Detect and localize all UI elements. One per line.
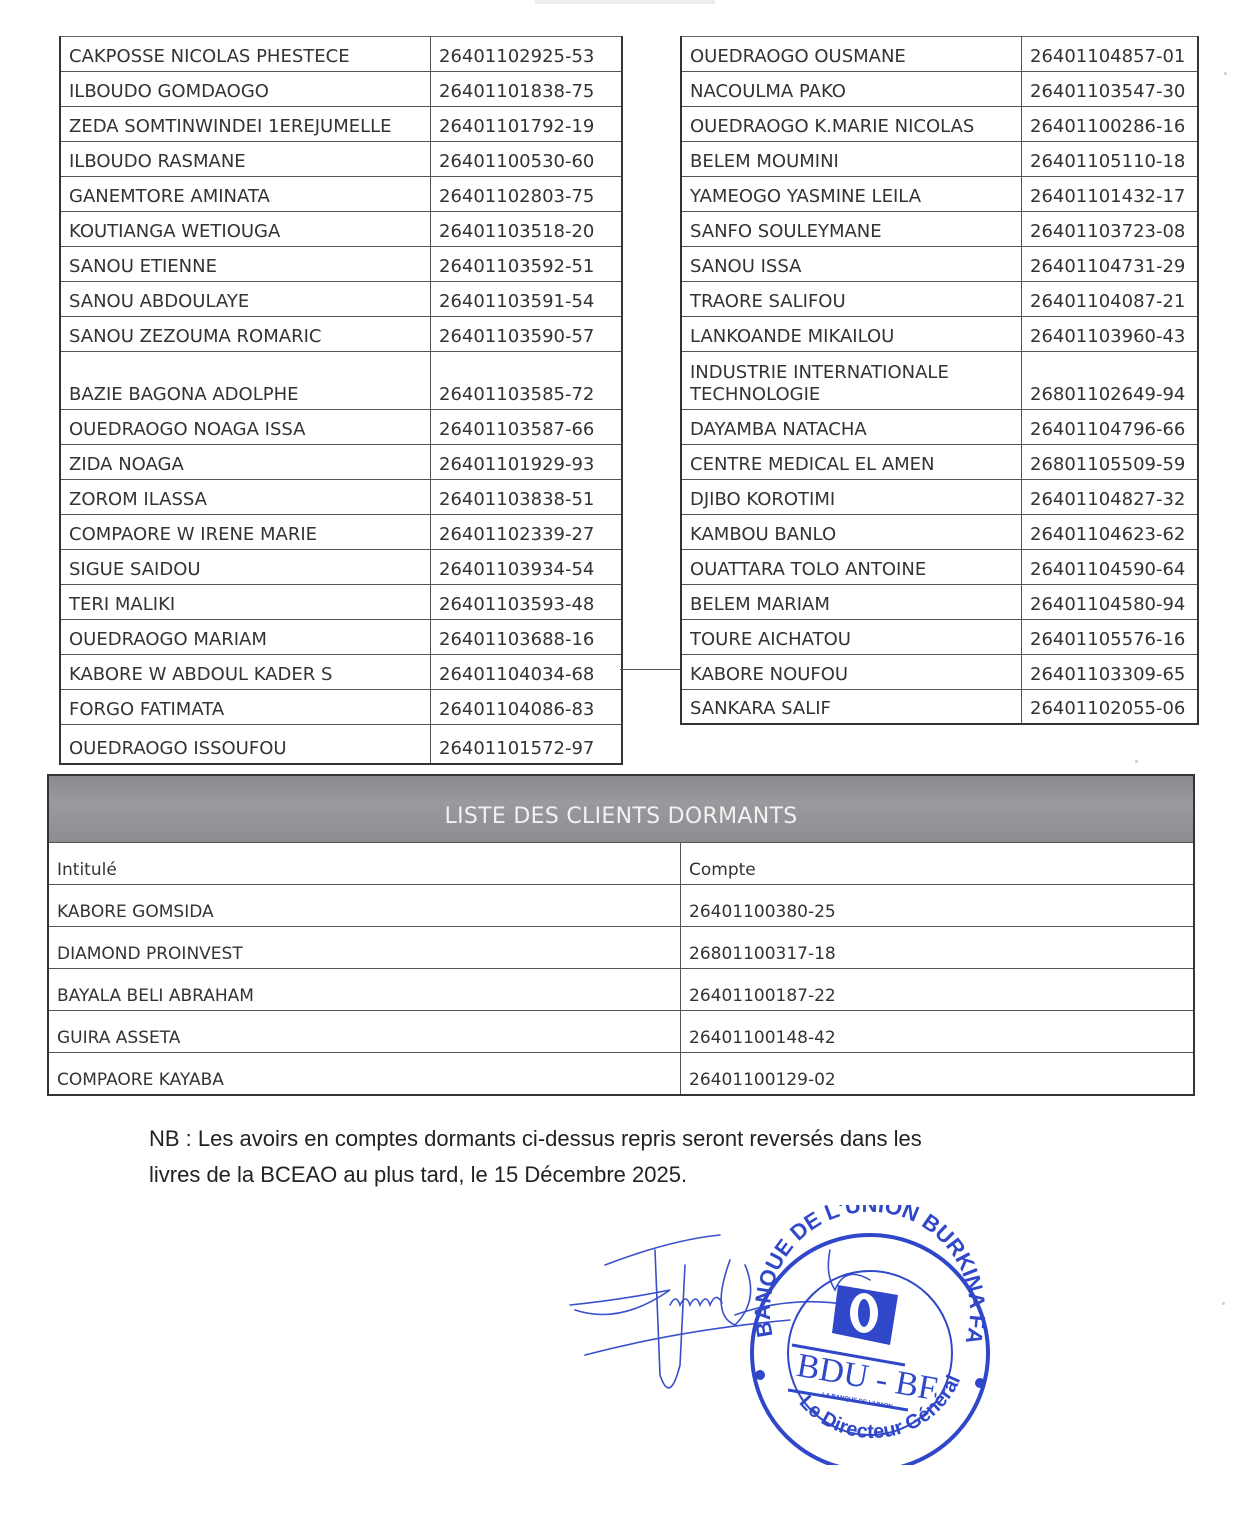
client-name-cell: KOUTIANGA WETIOUGA xyxy=(60,212,431,247)
client-name-cell: NACOULMA PAKO xyxy=(681,72,1022,107)
account-number-cell: 26401100148-42 xyxy=(681,1011,1195,1053)
left-table-body: CAKPOSSE NICOLAS PHESTECE26401102925-53I… xyxy=(60,37,622,765)
table-row: SANKARA SALIF26401102055-06 xyxy=(681,690,1198,725)
account-number-cell: 26401104590-64 xyxy=(1022,550,1199,585)
client-name-cell: BELEM MARIAM xyxy=(681,585,1022,620)
table-row: OUEDRAOGO OUSMANE26401104857-01 xyxy=(681,37,1198,72)
table-row: KAMBOU BANLO26401104623-62 xyxy=(681,515,1198,550)
table-row: KOUTIANGA WETIOUGA26401103518-20 xyxy=(60,212,622,247)
account-number-cell: 26401103960-43 xyxy=(1022,317,1199,352)
right-accounts-table: OUEDRAOGO OUSMANE26401104857-01NACOULMA … xyxy=(680,36,1199,725)
table-row: OUEDRAOGO ISSOUFOU26401101572-97 xyxy=(60,725,622,765)
client-name-cell: SANOU ETIENNE xyxy=(60,247,431,282)
client-name-cell: COMPAORE W IRENE MARIE xyxy=(60,515,431,550)
scan-speck xyxy=(1224,72,1227,75)
account-number-cell: 26401100187-22 xyxy=(681,969,1195,1011)
faint-header-remnant xyxy=(535,0,715,4)
table-row: ZIDA NOAGA26401101929-93 xyxy=(60,445,622,480)
client-name-cell: TOURE AICHATOU xyxy=(681,620,1022,655)
account-number-cell: 26401104796-66 xyxy=(1022,410,1199,445)
table-row: KABORE W ABDOUL KADER S26401104034-68 xyxy=(60,655,622,690)
account-number-cell: 26401103590-57 xyxy=(431,317,623,352)
account-number-cell: 26401104731-29 xyxy=(1022,247,1199,282)
table-row: OUEDRAOGO NOAGA ISSA26401103587-66 xyxy=(60,410,622,445)
account-number-cell: 26401102055-06 xyxy=(1022,690,1199,725)
client-name-cell: YAMEOGO YASMINE LEILA xyxy=(681,177,1022,212)
table-row: FORGO FATIMATA26401104086-83 xyxy=(60,690,622,725)
account-number-cell: 26401102925-53 xyxy=(431,37,623,72)
note-line-1: NB : Les avoirs en comptes dormants ci-d… xyxy=(149,1121,1109,1157)
client-name-cell: KABORE W ABDOUL KADER S xyxy=(60,655,431,690)
table-connector-line xyxy=(620,669,682,670)
table-row: BELEM MARIAM26401104580-94 xyxy=(681,585,1198,620)
account-number-cell: 26401104857-01 xyxy=(1022,37,1199,72)
left-accounts-table: CAKPOSSE NICOLAS PHESTECE26401102925-53I… xyxy=(59,36,623,765)
account-number-cell: 26401102803-75 xyxy=(431,177,623,212)
column-header-intitule: Intitulé xyxy=(48,843,681,885)
client-name-cell: DAYAMBA NATACHA xyxy=(681,410,1022,445)
note-paragraph: NB : Les avoirs en comptes dormants ci-d… xyxy=(149,1121,1109,1193)
table-row: GANEMTORE AMINATA26401102803-75 xyxy=(60,177,622,212)
client-name-cell: LANKOANDE MIKAILOU xyxy=(681,317,1022,352)
client-name-cell: OUATTARA TOLO ANTOINE xyxy=(681,550,1022,585)
account-number-cell: 26401105576-16 xyxy=(1022,620,1199,655)
table-row: DJIBO KOROTIMI26401104827-32 xyxy=(681,480,1198,515)
table-row: ILBOUDO GOMDAOGO26401101838-75 xyxy=(60,72,622,107)
client-name-cell: ZIDA NOAGA xyxy=(60,445,431,480)
table-row: TRAORE SALIFOU26401104087-21 xyxy=(681,282,1198,317)
account-number-cell: 26401103723-08 xyxy=(1022,212,1199,247)
table-row: BELEM MOUMINI26401105110-18 xyxy=(681,142,1198,177)
table-row: OUATTARA TOLO ANTOINE26401104590-64 xyxy=(681,550,1198,585)
client-name-cell: OUEDRAOGO OUSMANE xyxy=(681,37,1022,72)
account-number-cell: 26401103518-20 xyxy=(431,212,623,247)
table-row: LANKOANDE MIKAILOU26401103960-43 xyxy=(681,317,1198,352)
account-number-cell: 26401103688-16 xyxy=(431,620,623,655)
dormant-table-body: KABORE GOMSIDA26401100380-25DIAMOND PROI… xyxy=(48,885,1194,1096)
right-table-body: OUEDRAOGO OUSMANE26401104857-01NACOULMA … xyxy=(681,37,1198,725)
client-name-cell: SANOU ABDOULAYE xyxy=(60,282,431,317)
account-number-cell: 26801105509-59 xyxy=(1022,445,1199,480)
table-row: COMPAORE KAYABA26401100129-02 xyxy=(48,1053,1194,1096)
table-row: ZEDA SOMTINWINDEI 1EREJUMELLE26401101792… xyxy=(60,107,622,142)
client-name-cell: FORGO FATIMATA xyxy=(60,690,431,725)
account-number-cell: 26401103309-65 xyxy=(1022,655,1199,690)
stamp-top-text: BANQUE DE L'UNION BURKINA FASO xyxy=(560,1205,990,1347)
account-number-cell: 26401101432-17 xyxy=(1022,177,1199,212)
table-row: KABORE GOMSIDA26401100380-25 xyxy=(48,885,1194,927)
account-number-cell: 26401104827-32 xyxy=(1022,480,1199,515)
account-number-cell: 26401100129-02 xyxy=(681,1053,1195,1096)
table-row: TOURE AICHATOU26401105576-16 xyxy=(681,620,1198,655)
scan-speck xyxy=(1135,760,1138,763)
table-row: GUIRA ASSETA26401100148-42 xyxy=(48,1011,1194,1053)
account-number-cell: 26401103587-66 xyxy=(431,410,623,445)
account-number-cell: 26401103838-51 xyxy=(431,480,623,515)
client-name-cell: OUEDRAOGO MARIAM xyxy=(60,620,431,655)
client-name-cell: SIGUE SAIDOU xyxy=(60,550,431,585)
account-number-cell: 26401103585-72 xyxy=(431,352,623,410)
table-row: SANOU ETIENNE26401103592-51 xyxy=(60,247,622,282)
account-number-cell: 26401102339-27 xyxy=(431,515,623,550)
client-name-cell: KABORE NOUFOU xyxy=(681,655,1022,690)
table-row: SANOU ISSA26401104731-29 xyxy=(681,247,1198,282)
table-row: INDUSTRIE INTERNATIONALE TECHNOLOGIE2680… xyxy=(681,352,1198,410)
table-row: YAMEOGO YASMINE LEILA26401101432-17 xyxy=(681,177,1198,212)
client-name-cell: OUEDRAOGO K.MARIE NICOLAS xyxy=(681,107,1022,142)
account-number-cell: 26401104086-83 xyxy=(431,690,623,725)
client-name-cell: ZEDA SOMTINWINDEI 1EREJUMELLE xyxy=(60,107,431,142)
scan-speck xyxy=(1222,1302,1225,1305)
account-number-cell: 26401100530-60 xyxy=(431,142,623,177)
account-number-cell: 26401103592-51 xyxy=(431,247,623,282)
column-header-compte: Compte xyxy=(681,843,1195,885)
client-name-cell: TERI MALIKI xyxy=(60,585,431,620)
table-row: SIGUE SAIDOU26401103934-54 xyxy=(60,550,622,585)
table-row: DAYAMBA NATACHA26401104796-66 xyxy=(681,410,1198,445)
client-name-cell: GUIRA ASSETA xyxy=(48,1011,681,1053)
table-row: TERI MALIKI26401103593-48 xyxy=(60,585,622,620)
client-name-cell: KABORE GOMSIDA xyxy=(48,885,681,927)
stamp-svg: BANQUE DE L'UNION BURKINA FASO Le Direct… xyxy=(560,1205,1000,1465)
account-number-cell: 26801100317-18 xyxy=(681,927,1195,969)
table-row: SANFO SOULEYMANE26401103723-08 xyxy=(681,212,1198,247)
account-number-cell: 26401104623-62 xyxy=(1022,515,1199,550)
client-name-cell: SANOU ZEZOUMA ROMARIC xyxy=(60,317,431,352)
table-row: BAYALA BELI ABRAHAM26401100187-22 xyxy=(48,969,1194,1011)
account-number-cell: 26401100286-16 xyxy=(1022,107,1199,142)
account-number-cell: 26401100380-25 xyxy=(681,885,1195,927)
table-row: SANOU ZEZOUMA ROMARIC26401103590-57 xyxy=(60,317,622,352)
account-number-cell: 26401104087-21 xyxy=(1022,282,1199,317)
table-row: BAZIE BAGONA ADOLPHE26401103585-72 xyxy=(60,352,622,410)
client-name-cell: OUEDRAOGO NOAGA ISSA xyxy=(60,410,431,445)
client-name-cell: TRAORE SALIFOU xyxy=(681,282,1022,317)
table-row: KABORE NOUFOU26401103309-65 xyxy=(681,655,1198,690)
account-number-cell: 26401101572-97 xyxy=(431,725,623,765)
client-name-cell: COMPAORE KAYABA xyxy=(48,1053,681,1096)
signature-and-stamp: BANQUE DE L'UNION BURKINA FASO Le Direct… xyxy=(560,1205,1000,1465)
client-name-cell: OUEDRAOGO ISSOUFOU xyxy=(60,725,431,765)
account-number-cell: 26401103547-30 xyxy=(1022,72,1199,107)
table-row: CAKPOSSE NICOLAS PHESTECE26401102925-53 xyxy=(60,37,622,72)
client-name-cell: DIAMOND PROINVEST xyxy=(48,927,681,969)
table-row: SANOU ABDOULAYE26401103591-54 xyxy=(60,282,622,317)
client-name-cell: BAZIE BAGONA ADOLPHE xyxy=(60,352,431,410)
client-name-cell: INDUSTRIE INTERNATIONALE TECHNOLOGIE xyxy=(681,352,1022,410)
client-name-cell: KAMBOU BANLO xyxy=(681,515,1022,550)
table-row: CENTRE MEDICAL EL AMEN26801105509-59 xyxy=(681,445,1198,480)
table-row: COMPAORE W IRENE MARIE26401102339-27 xyxy=(60,515,622,550)
client-name-cell: SANFO SOULEYMANE xyxy=(681,212,1022,247)
table-row: DIAMOND PROINVEST26801100317-18 xyxy=(48,927,1194,969)
table-row: NACOULMA PAKO26401103547-30 xyxy=(681,72,1198,107)
client-name-cell: ILBOUDO GOMDAOGO xyxy=(60,72,431,107)
client-name-cell: ZOROM ILASSA xyxy=(60,480,431,515)
account-number-cell: 26401104580-94 xyxy=(1022,585,1199,620)
account-number-cell: 26401105110-18 xyxy=(1022,142,1199,177)
table-row: ZOROM ILASSA26401103838-51 xyxy=(60,480,622,515)
account-number-cell: 26401101929-93 xyxy=(431,445,623,480)
account-number-cell: 26401103934-54 xyxy=(431,550,623,585)
account-number-cell: 26401103591-54 xyxy=(431,282,623,317)
client-name-cell: DJIBO KOROTIMI xyxy=(681,480,1022,515)
account-number-cell: 26401101838-75 xyxy=(431,72,623,107)
table-row: OUEDRAOGO MARIAM26401103688-16 xyxy=(60,620,622,655)
client-name-cell: SANKARA SALIF xyxy=(681,690,1022,725)
client-name-cell: GANEMTORE AMINATA xyxy=(60,177,431,212)
dormant-table-title: LISTE DES CLIENTS DORMANTS xyxy=(48,775,1194,843)
client-name-cell: BELEM MOUMINI xyxy=(681,142,1022,177)
account-number-cell: 26801102649-94 xyxy=(1022,352,1199,410)
dormant-table-header-row: Intitulé Compte xyxy=(48,843,1194,885)
note-line-2: livres de la BCEAO au plus tard, le 15 D… xyxy=(149,1157,1109,1193)
client-name-cell: CAKPOSSE NICOLAS PHESTECE xyxy=(60,37,431,72)
table-row: ILBOUDO RASMANE26401100530-60 xyxy=(60,142,622,177)
account-number-cell: 26401104034-68 xyxy=(431,655,623,690)
dormant-clients-table: LISTE DES CLIENTS DORMANTS Intitulé Comp… xyxy=(47,774,1195,1096)
client-name-cell: ILBOUDO RASMANE xyxy=(60,142,431,177)
account-number-cell: 26401101792-19 xyxy=(431,107,623,142)
client-name-cell: BAYALA BELI ABRAHAM xyxy=(48,969,681,1011)
client-name-cell: CENTRE MEDICAL EL AMEN xyxy=(681,445,1022,480)
table-row: OUEDRAOGO K.MARIE NICOLAS26401100286-16 xyxy=(681,107,1198,142)
account-number-cell: 26401103593-48 xyxy=(431,585,623,620)
client-name-cell: SANOU ISSA xyxy=(681,247,1022,282)
